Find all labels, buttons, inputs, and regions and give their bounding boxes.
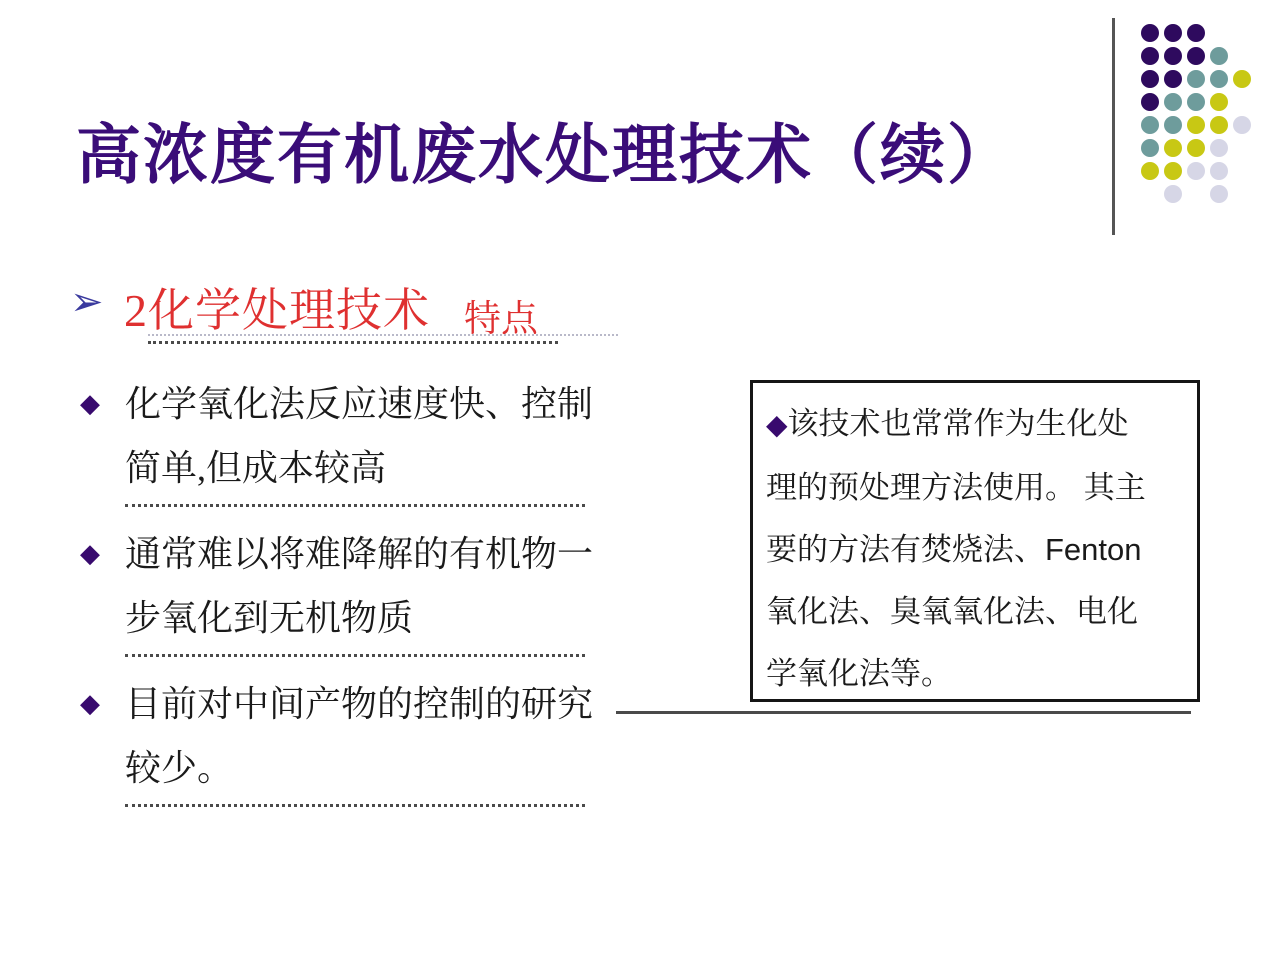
note-box-line-2: 理的预处理方法使用。 其主 — [766, 457, 1197, 519]
arrow-bullet-icon: ➢ — [70, 278, 104, 325]
bullet-2-line-2: 步氧化到无机物质 — [125, 586, 600, 650]
dot-row — [1141, 21, 1256, 44]
decoration-dot — [1164, 47, 1182, 65]
note-box-line-3-en: Fenton — [1045, 532, 1142, 567]
dot-row — [1141, 90, 1256, 113]
heading-underline-light — [148, 334, 618, 336]
decoration-dot — [1164, 162, 1182, 180]
note-box-line-5: 学氧化法等。 — [766, 643, 1197, 705]
note-box-line-1: ◆该技术也常常作为生化处 — [766, 393, 1197, 457]
bullet-1-line-1: 化学氧化法反应速度快、控制 — [125, 372, 600, 436]
bullet-3-line-1: 目前对中间产物的控制的研究 — [125, 672, 600, 736]
decoration-dot — [1210, 139, 1228, 157]
note-box-line-3-zh: 要的方法有焚烧法、 — [766, 532, 1045, 567]
dot-row — [1141, 182, 1256, 205]
decoration-dot — [1141, 70, 1159, 88]
diamond-bullet-icon: ◆ — [80, 522, 100, 586]
bullet-1-underline — [125, 504, 585, 507]
decoration-dot — [1187, 47, 1205, 65]
diamond-bullet-icon: ◆ — [766, 410, 788, 441]
bullet-item-2: ◆ 通常难以将难降解的有机物一 步氧化到无机物质 — [80, 522, 600, 657]
decoration-dot — [1210, 70, 1228, 88]
decoration-dot — [1187, 93, 1205, 111]
decoration-dot — [1210, 116, 1228, 134]
decoration-dot — [1141, 93, 1159, 111]
decoration-dot — [1164, 24, 1182, 42]
decoration-dot — [1164, 70, 1182, 88]
note-box-line-3: 要的方法有焚烧法、Fenton — [766, 519, 1197, 581]
bullet-2-underline — [125, 654, 585, 657]
dot-row — [1141, 67, 1256, 90]
dot-row — [1141, 159, 1256, 182]
decoration-dot — [1187, 139, 1205, 157]
decoration-dot — [1141, 139, 1159, 157]
decoration-dot — [1233, 116, 1251, 134]
decoration-dot — [1210, 185, 1228, 203]
bullet-1-line-2: 简单,但成本较高 — [125, 436, 600, 500]
decoration-dot — [1141, 162, 1159, 180]
heading-underline-dark — [148, 341, 558, 344]
bullet-item-1: ◆ 化学氧化法反应速度快、控制 简单,但成本较高 — [80, 372, 600, 507]
decoration-dot — [1141, 47, 1159, 65]
decoration-vertical-line — [1112, 18, 1115, 235]
decoration-dot — [1187, 70, 1205, 88]
decoration-dot — [1164, 139, 1182, 157]
slide: 高浓度有机废水处理技术（续） ➢ 2化学处理技术 特点 ◆ 化学氧化法反应速度快… — [0, 0, 1280, 960]
decoration-dot — [1210, 162, 1228, 180]
horizontal-rule — [616, 711, 1191, 714]
decoration-dot — [1210, 47, 1228, 65]
decoration-dot — [1164, 185, 1182, 203]
bullet-2-line-1: 通常难以将难降解的有机物一 — [125, 522, 600, 586]
bullet-item-3: ◆ 目前对中间产物的控制的研究 较少。 — [80, 672, 600, 807]
decoration-dot — [1210, 93, 1228, 111]
section-heading: 2化学处理技术 — [124, 274, 430, 340]
slide-title: 高浓度有机废水处理技术（续） — [76, 102, 1014, 196]
bullet-3-underline — [125, 804, 585, 807]
decoration-dot — [1164, 93, 1182, 111]
note-box-line-1-text: 该技术也常常作为生化处 — [788, 406, 1129, 441]
bullet-3-line-2: 较少。 — [125, 736, 600, 800]
dot-row — [1141, 44, 1256, 67]
diamond-bullet-icon: ◆ — [80, 672, 100, 736]
decoration-dot — [1187, 116, 1205, 134]
decoration-dot — [1141, 116, 1159, 134]
decoration-dot — [1187, 24, 1205, 42]
note-box-line-4: 氧化法、臭氧氧化法、电化 — [766, 581, 1197, 643]
decoration-dot — [1141, 24, 1159, 42]
decoration-dot — [1164, 116, 1182, 134]
note-box: ◆该技术也常常作为生化处 理的预处理方法使用。 其主 要的方法有焚烧法、Fent… — [750, 380, 1200, 702]
dot-grid — [1141, 21, 1256, 205]
decoration-dot — [1233, 70, 1251, 88]
decoration-dot — [1187, 162, 1205, 180]
diamond-bullet-icon: ◆ — [80, 372, 100, 436]
dot-row — [1141, 136, 1256, 159]
dot-row — [1141, 113, 1256, 136]
